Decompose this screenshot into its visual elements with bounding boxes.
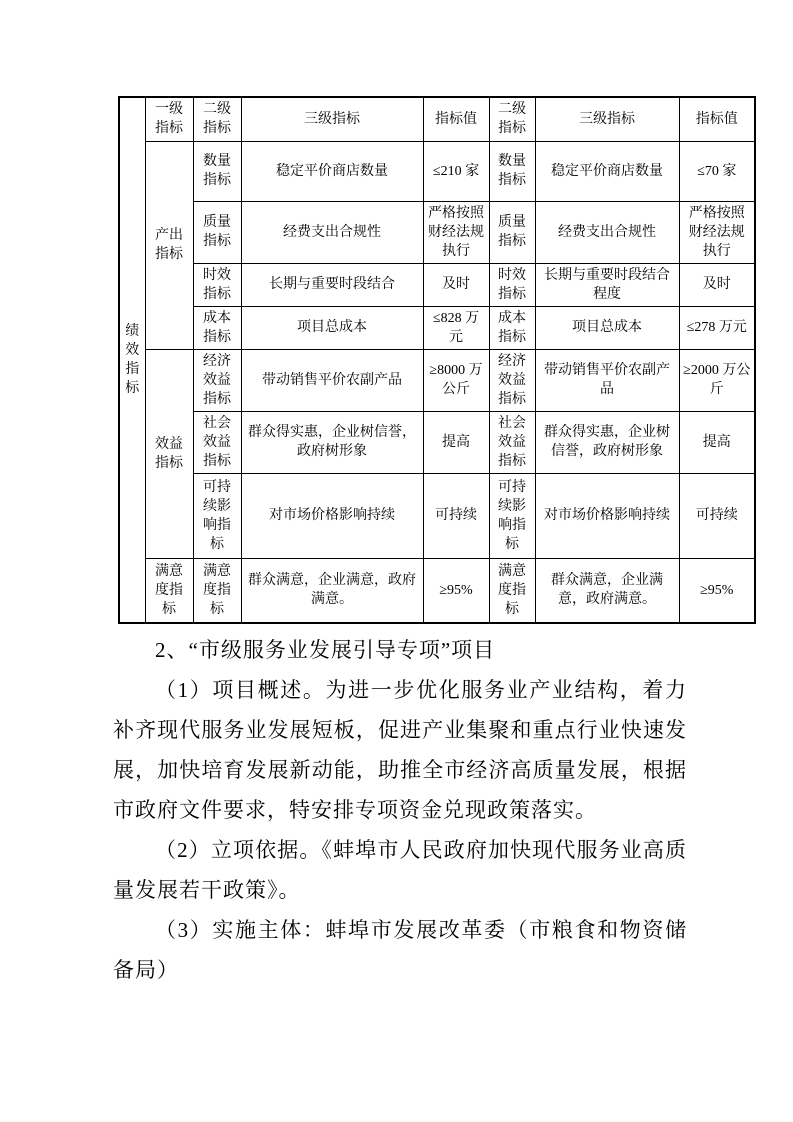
table-cell: 社会效益指标 [193, 411, 241, 473]
table-cell: 带动销售平价农副产品 [241, 349, 423, 411]
table-cell: 群众满意，企业满意，政府满意。 [535, 558, 679, 623]
table-cell: 可持续 [423, 473, 489, 558]
table-row: 质量指标 经费支出合规性 严格按照财经法规执行 质量指标 经费支出合规性 严格按… [119, 201, 755, 263]
table-cell: 对市场价格影响持续 [535, 473, 679, 558]
table-cell: 对市场价格影响持续 [241, 473, 423, 558]
table-row: 时效指标 长期与重要时段结合 及时 时效指标 长期与重要时段结合程度 及时 [119, 263, 755, 306]
header-value-right: 指标值 [679, 97, 755, 141]
table-cell: 社会效益指标 [489, 411, 535, 473]
table-row: 效益指标 经济效益指标 带动销售平价农副产品 ≥8000 万公斤 经济效益指标 … [119, 349, 755, 411]
header-level1: 一级指标 [145, 97, 193, 141]
table-cell: 稳定平价商店数量 [535, 141, 679, 201]
table-cell: 满意度指标 [193, 558, 241, 623]
header-level3-right: 三级指标 [535, 97, 679, 141]
table-cell: ≤828 万元 [423, 306, 489, 349]
table-cell: ≥2000 万公斤 [679, 349, 755, 411]
table-cell: 项目总成本 [241, 306, 423, 349]
table-cell: 稳定平价商店数量 [241, 141, 423, 201]
table-cell: 提高 [423, 411, 489, 473]
table-cell: ≥95% [679, 558, 755, 623]
table-cell: 可持续 [679, 473, 755, 558]
body-text: 2、“市级服务业发展引导专项”项目 （1）项目概述。为进一步优化服务业产业结构，… [113, 630, 687, 990]
table-cell: 经济效益指标 [489, 349, 535, 411]
table-row: 可持续影响指标 对市场价格影响持续 可持续 可持续影响指标 对市场价格影响持续 … [119, 473, 755, 558]
table-cell: 及时 [423, 263, 489, 306]
table-cell: ≤210 家 [423, 141, 489, 201]
table-cell: 质量指标 [193, 201, 241, 263]
paragraph-implementing-body: （3）实施主体：蚌埠市发展改革委（市粮食和物资储备局） [113, 910, 687, 990]
table-cell: ≥8000 万公斤 [423, 349, 489, 411]
table-cell: 项目总成本 [535, 306, 679, 349]
table-cell: 可持续影响指标 [193, 473, 241, 558]
table-cell: 成本指标 [489, 306, 535, 349]
table-cell: 可持续影响指标 [489, 473, 535, 558]
table-cell: 时效指标 [489, 263, 535, 306]
performance-indicators-table: 绩效指标 一级指标 二级指标 三级指标 指标值 二级指标 三级指标 指标值 产出… [118, 96, 756, 624]
table-cell: 群众得实惠，企业树信誉，政府树形象 [241, 411, 423, 473]
table-cell: 长期与重要时段结合 [241, 263, 423, 306]
header-level2-right: 二级指标 [489, 97, 535, 141]
table-cell: 质量指标 [489, 201, 535, 263]
table-cell: 经费支出合规性 [241, 201, 423, 263]
header-value-left: 指标值 [423, 97, 489, 141]
table-cell: 带动销售平价农副产品 [535, 349, 679, 411]
table-cell: 时效指标 [193, 263, 241, 306]
table-cell: ≤70 家 [679, 141, 755, 201]
group-cell-benefit: 效益指标 [145, 349, 193, 558]
table-cell: 严格按照财经法规执行 [679, 201, 755, 263]
table-cell: 长期与重要时段结合程度 [535, 263, 679, 306]
table-cell: 群众得实惠，企业树信誉，政府树形象 [535, 411, 679, 473]
table-row: 产出指标 数量指标 稳定平价商店数量 ≤210 家 数量指标 稳定平价商店数量 … [119, 141, 755, 201]
table-cell: ≤278 万元 [679, 306, 755, 349]
table-cell: 数量指标 [193, 141, 241, 201]
table-row: 满意度指标 满意度指标 群众满意，企业满意，政府满意。 ≥95% 满意度指标 群… [119, 558, 755, 623]
group-cell-satisfaction: 满意度指标 [145, 558, 193, 623]
table-cell: 满意度指标 [489, 558, 535, 623]
document-page: 绩效指标 一级指标 二级指标 三级指标 指标值 二级指标 三级指标 指标值 产出… [0, 0, 793, 1122]
table-cell: ≥95% [423, 558, 489, 623]
header-level3-left: 三级指标 [241, 97, 423, 141]
paragraph-project-overview: （1）项目概述。为进一步优化服务业产业结构，着力补齐现代服务业发展短板，促进产业… [113, 670, 687, 830]
table-row: 成本指标 项目总成本 ≤828 万元 成本指标 项目总成本 ≤278 万元 [119, 306, 755, 349]
paragraph-project-basis: （2）立项依据。《蚌埠市人民政府加快现代服务业高质量发展若干政策》。 [113, 830, 687, 910]
table-cell: 群众满意，企业满意，政府满意。 [241, 558, 423, 623]
header-level2-left: 二级指标 [193, 97, 241, 141]
table-cell: 数量指标 [489, 141, 535, 201]
table-header-row: 绩效指标 一级指标 二级指标 三级指标 指标值 二级指标 三级指标 指标值 [119, 97, 755, 141]
table-cell: 经费支出合规性 [535, 201, 679, 263]
row-group-label: 绩效指标 [119, 97, 145, 623]
table-cell: 经济效益指标 [193, 349, 241, 411]
table-cell: 提高 [679, 411, 755, 473]
table-row: 社会效益指标 群众得实惠，企业树信誉，政府树形象 提高 社会效益指标 群众得实惠… [119, 411, 755, 473]
table-cell: 严格按照财经法规执行 [423, 201, 489, 263]
table-cell: 成本指标 [193, 306, 241, 349]
table-cell: 及时 [679, 263, 755, 306]
group-cell-output: 产出指标 [145, 141, 193, 349]
section-heading: 2、“市级服务业发展引导专项”项目 [113, 630, 687, 670]
